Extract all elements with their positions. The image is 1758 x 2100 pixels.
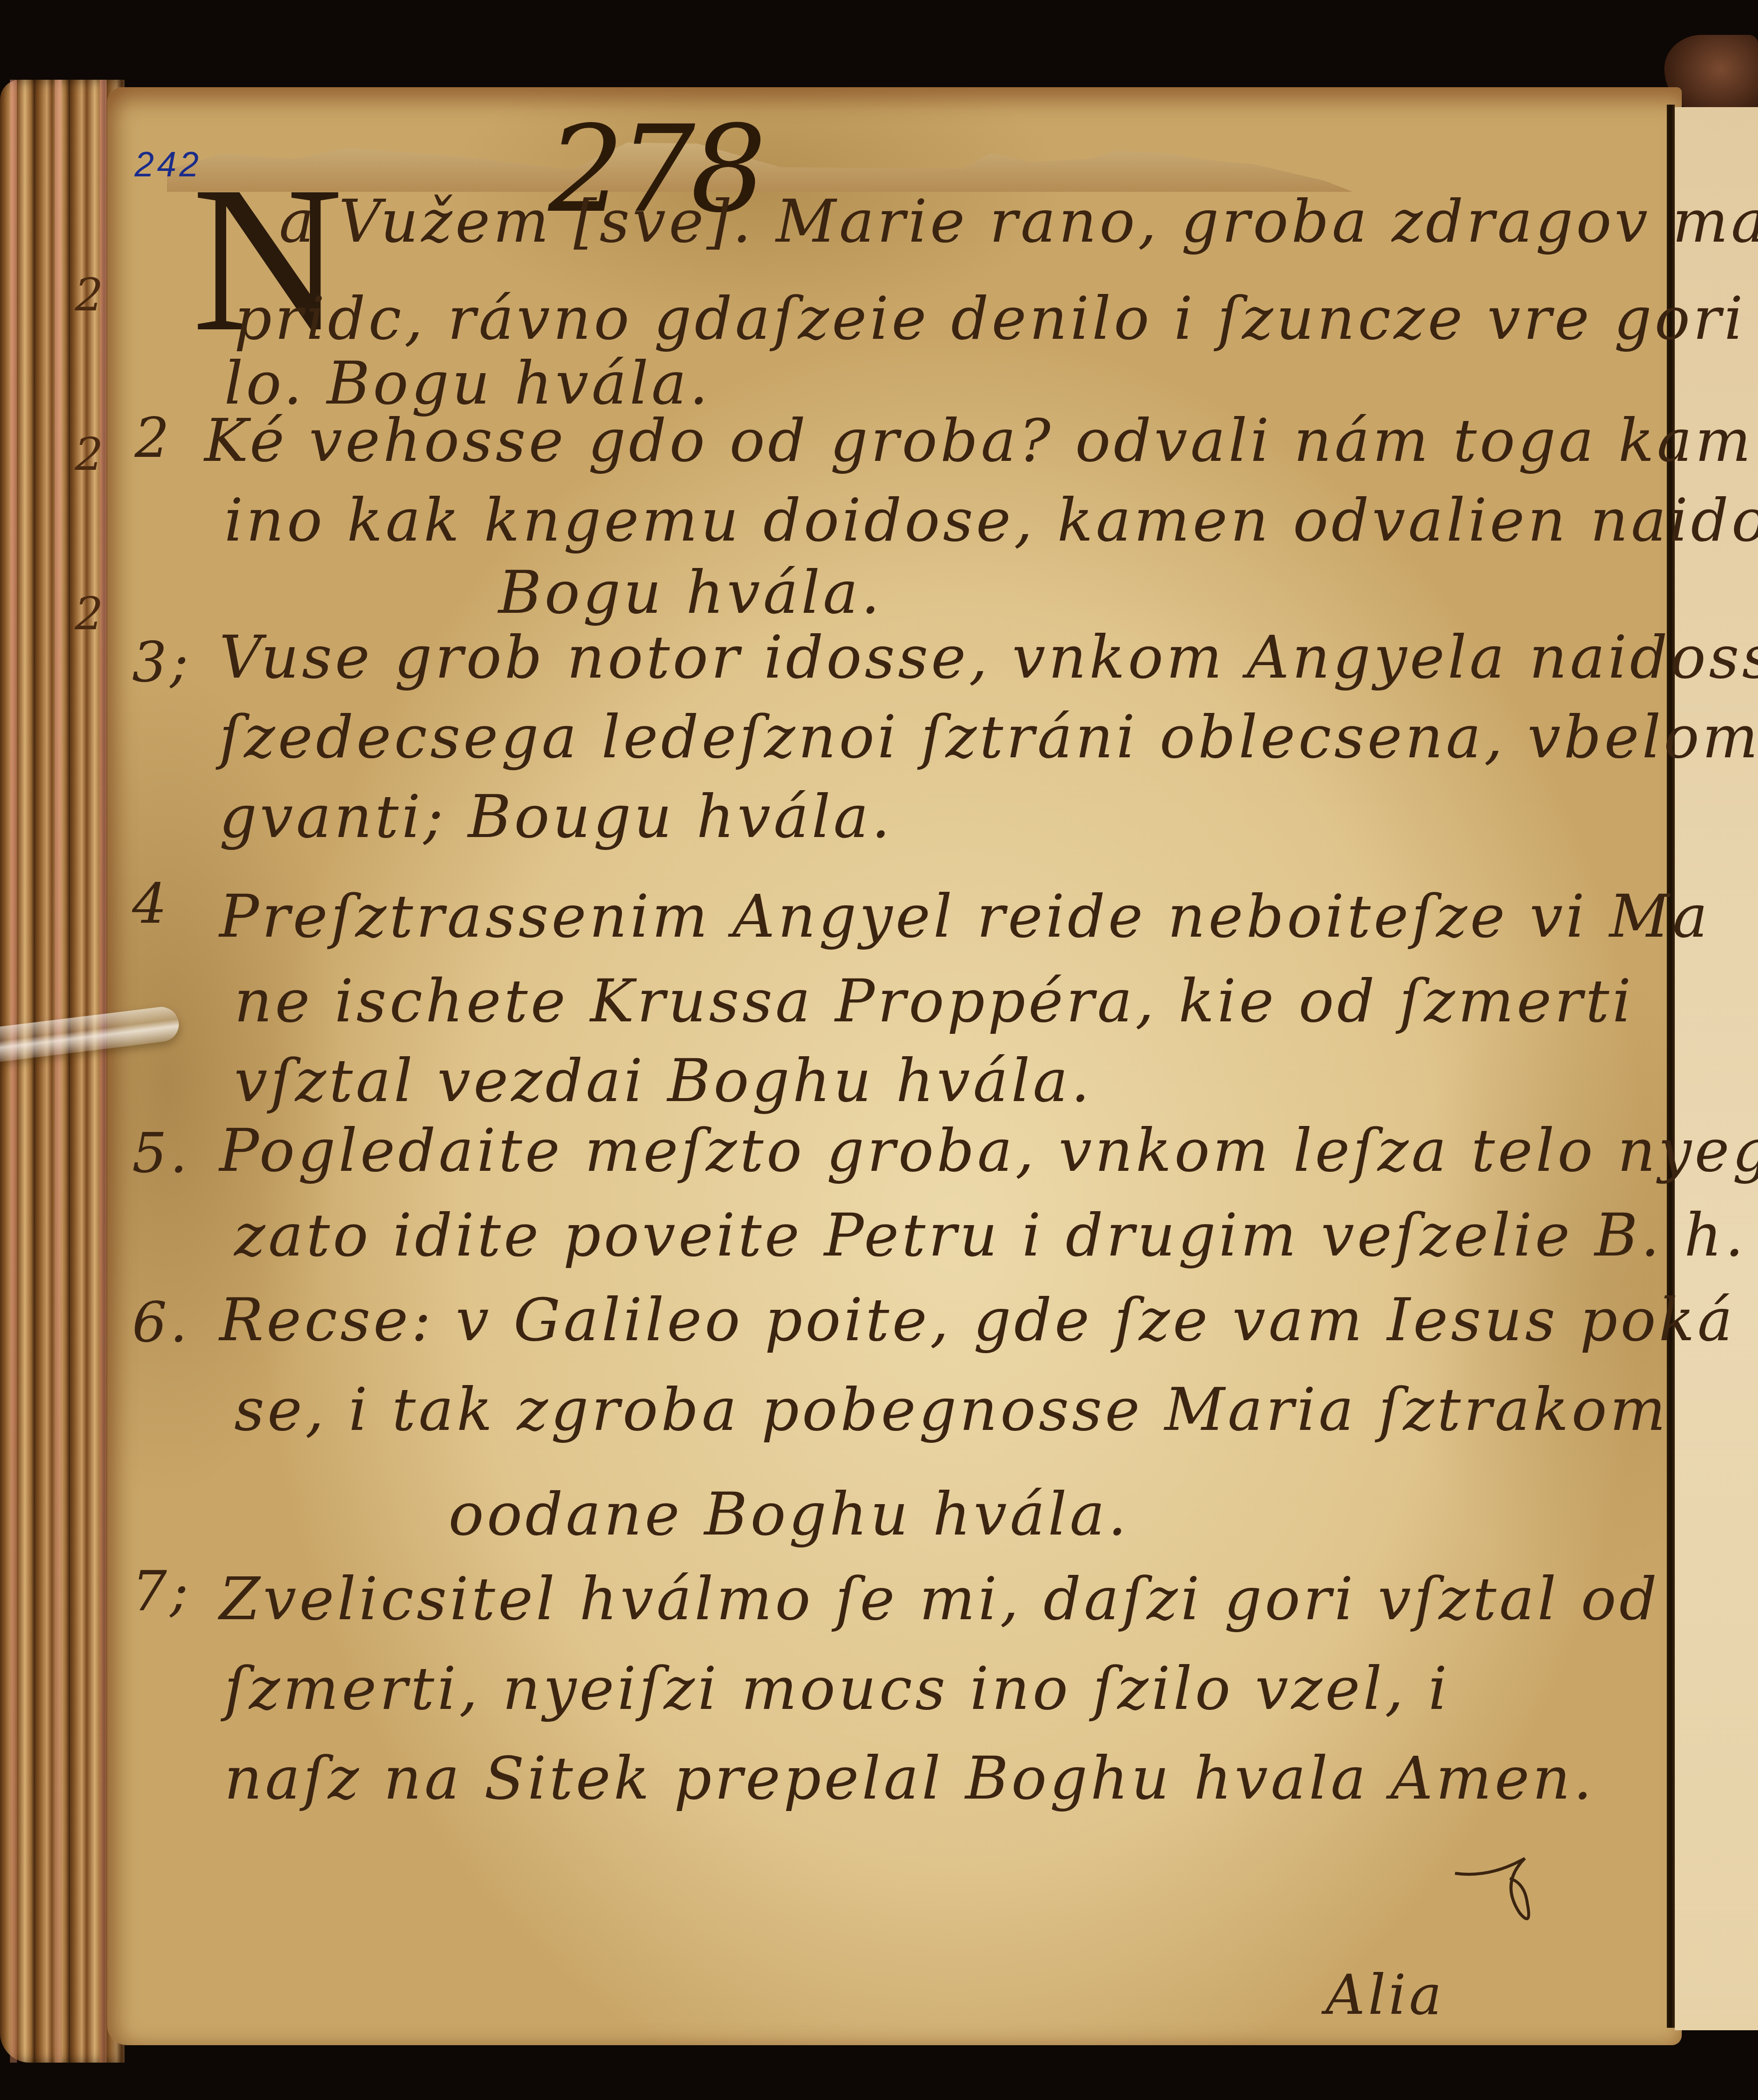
verse-number: 3; [132,630,191,694]
refrain: oodane Boghu hvála. [448,1480,1130,1548]
margin-mark: 2 [75,588,103,640]
verse-line: Pogledaite meſzto groba, vnkom leſza tel… [219,1116,1758,1185]
torn-page-fragment [167,137,1562,192]
book-gutter [1667,105,1675,2028]
verse-line: Zvelicsitel hválmo ſe mi, daſzi gori vſz… [219,1564,1660,1633]
margin-mark: 2 [75,428,103,481]
verse-line: ne ischete Krussa Proppéra, kie od ſzmer… [234,967,1634,1035]
flourish-icon [1445,1843,1565,1933]
refrain: Bogu hvála. [498,558,882,627]
page-stack-edges: 2 2 2 [0,80,125,2063]
verse-line: Vuse grob notor idosse, vnkom Angyela na… [219,623,1758,692]
page-edge [55,80,62,2063]
verse-number: 5. [132,1121,190,1185]
verse-line: a Vužem [sve]. Marie rano, groba zdragov… [279,187,1758,256]
verse-line: Preſztrassenim Angyel reide neboiteſze v… [219,882,1711,951]
verse-line: Ké vehosse gdo od groba? odvali nám toga… [204,406,1758,475]
verse-line: zato idite poveite Petru i drugim veſzel… [234,1201,1747,1269]
verse-number: 7; [132,1559,191,1623]
verse-line: pridc, rávno gdaſzeie denilo i ſzuncze v… [234,284,1758,353]
verse-number: 4 [132,872,170,936]
facing-page [1675,107,1758,2030]
verse-line: Recse: v Galileo poite, gde ſze vam Iesu… [219,1285,1736,1354]
verse-line: ino kak kngemu doidose, kamen odvalien n… [224,486,1758,555]
catchword: Alia [1325,1963,1445,2027]
margin-mark: 2 [75,269,103,321]
verse-number: 6. [132,1290,190,1354]
page-edge [10,80,17,2063]
verse-line: ſzmerti, nyeiſzi moucs ino ſzilo vzel, i [224,1654,1450,1723]
verse-number: 2 [135,406,172,470]
verse-line: ſzedecsega ledeſznoi ſztráni oblecsena, … [219,702,1758,771]
verse-line: gvanti; Bougu hvála. [219,782,893,851]
verse-line: naſz na Sitek prepelal Boghu hvala Amen. [224,1744,1595,1813]
page-edge [100,80,107,2063]
verse-line: se, i tak zgroba pobegnosse Maria ſztrak… [234,1375,1669,1444]
manuscript-photo: 2 2 2 242 278 N a Vužem [sve]. Marie ran… [0,0,1758,2100]
verse-line: vſztal vezdai Boghu hvála. [234,1046,1093,1115]
